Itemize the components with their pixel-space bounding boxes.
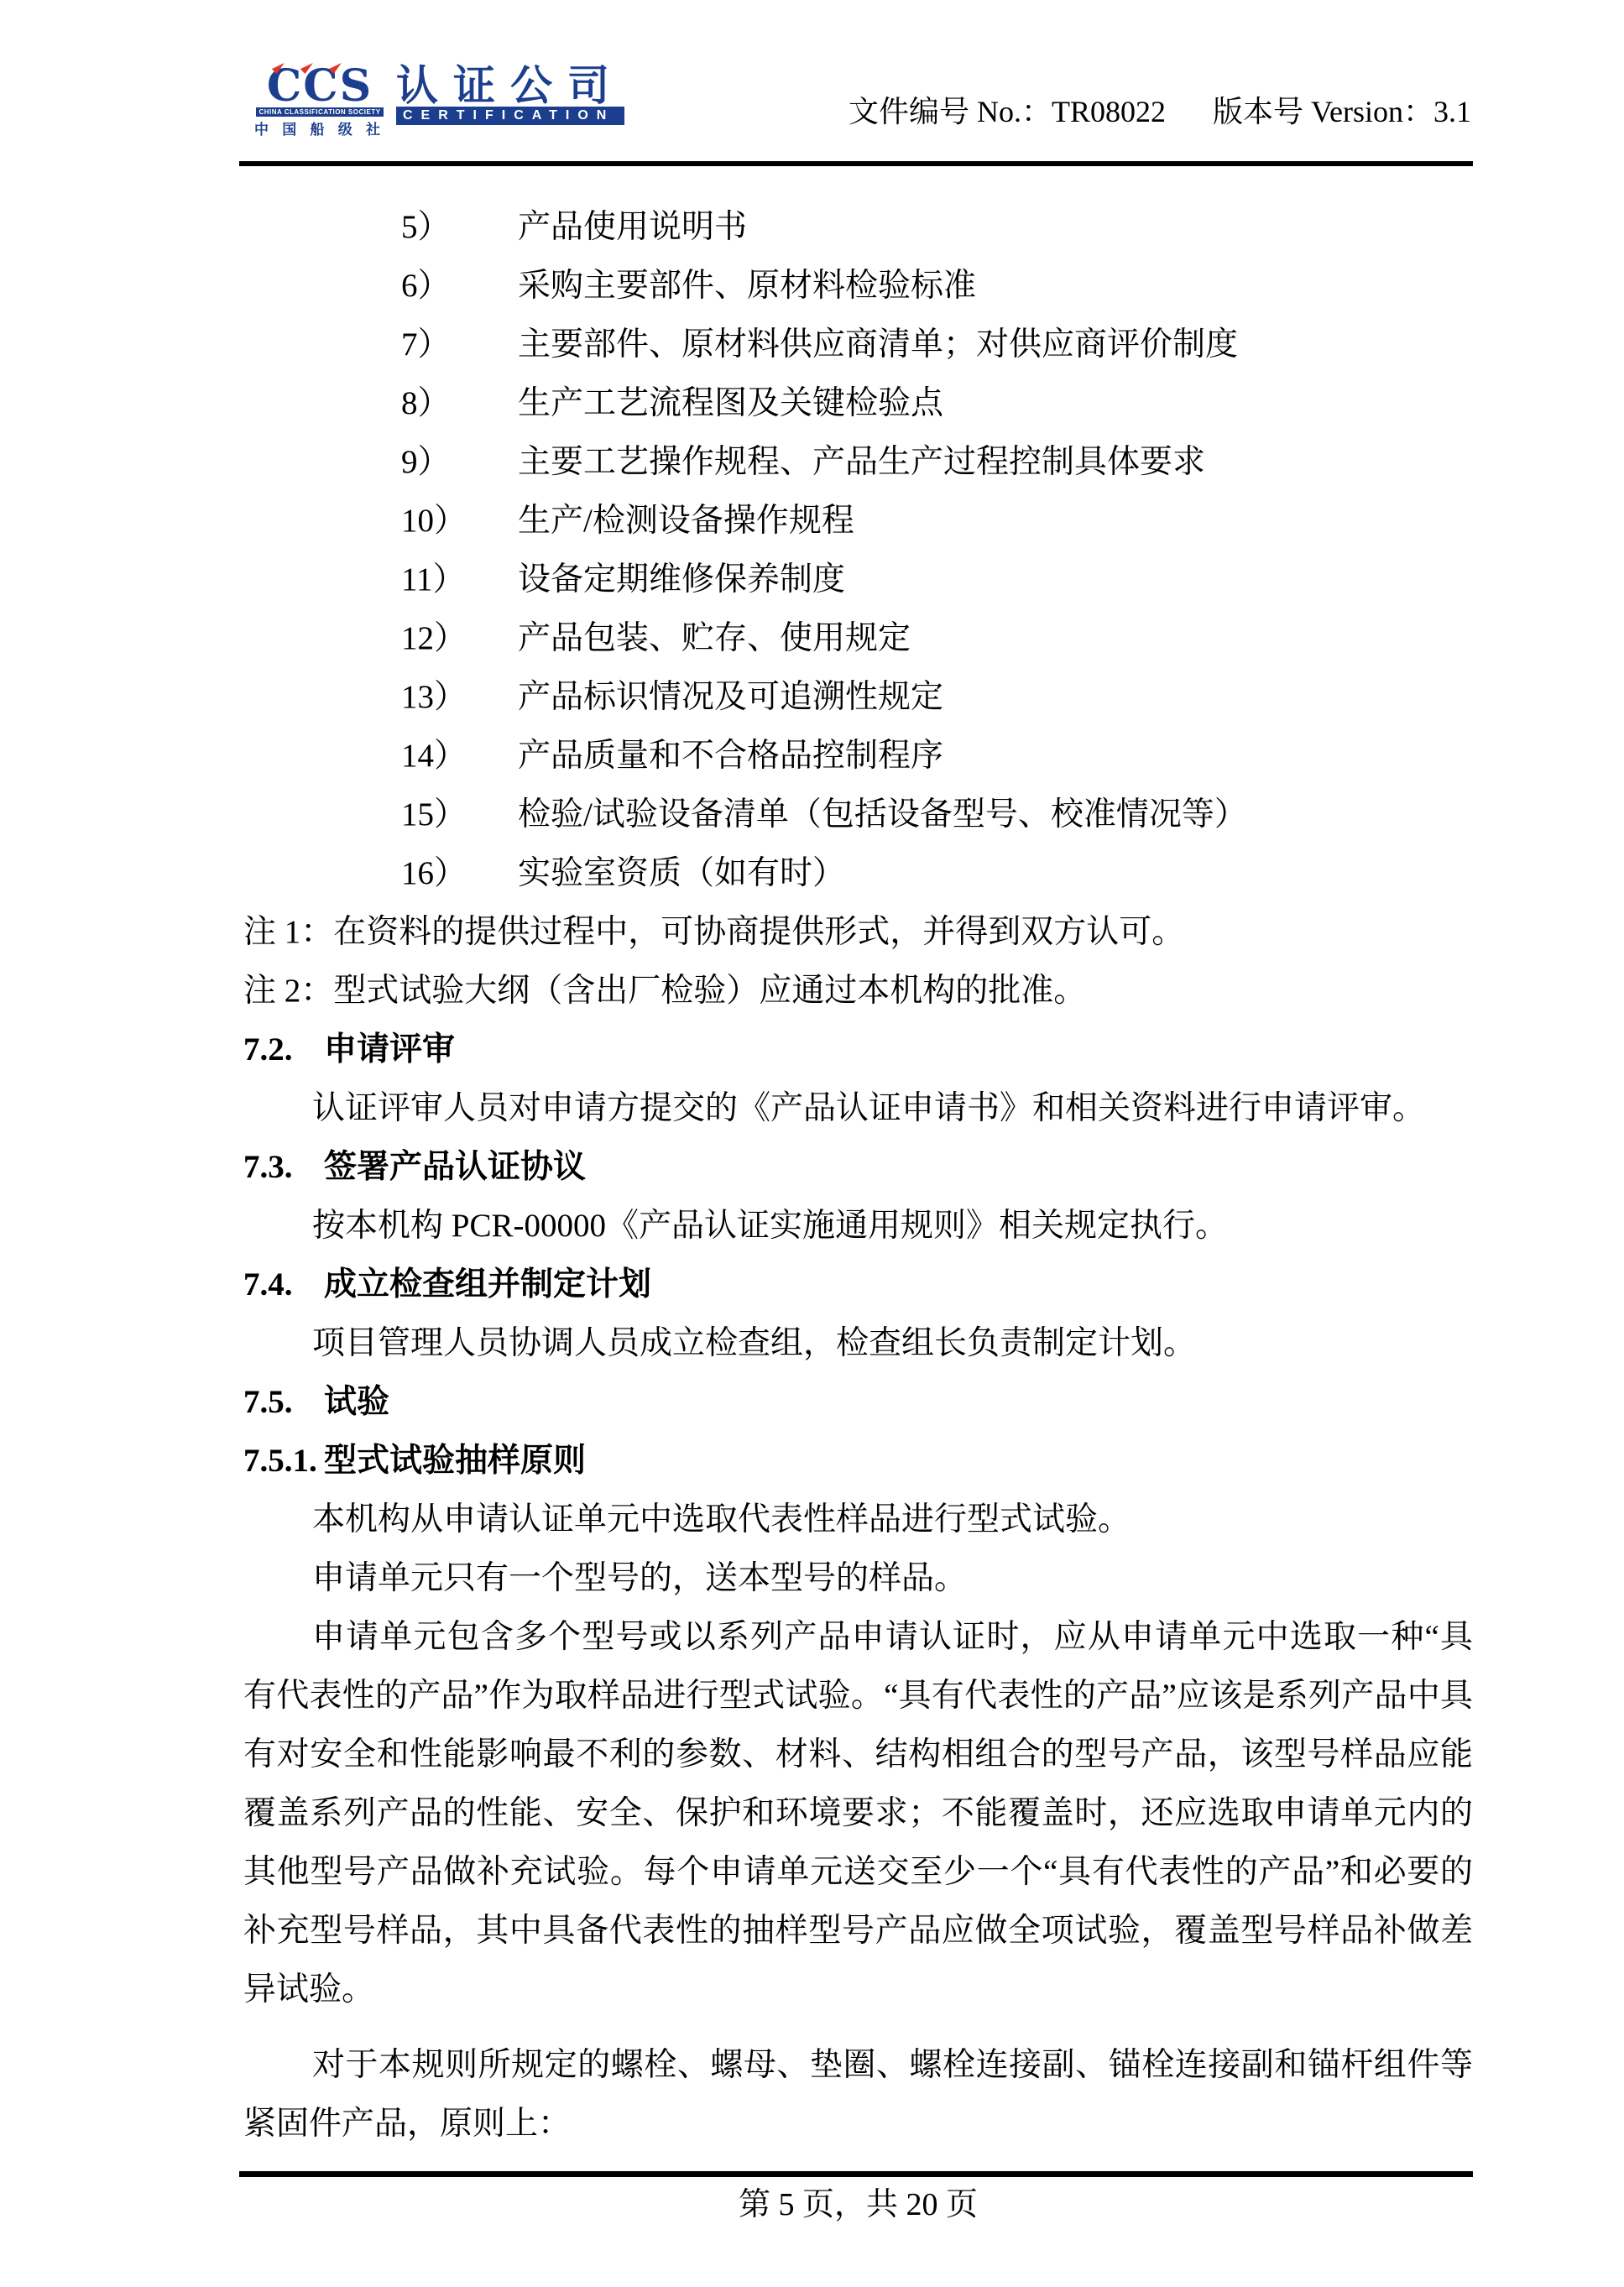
list-item: 8）生产工艺流程图及关键检验点 [243, 374, 1473, 433]
heading-label: 试验 [324, 1373, 389, 1432]
document-body: 5）产品使用说明书6）采购主要部件、原材料检验标准7）主要部件、原材料供应商清单… [243, 198, 1473, 2154]
list-item-number: 5） [401, 198, 518, 257]
list-item-text: 产品包装、贮存、使用规定 [518, 609, 911, 668]
list-item: 9）主要工艺操作规程、产品生产过程控制具体要求 [243, 433, 1473, 492]
section-heading: 7.5.试验 [243, 1373, 1473, 1432]
paragraph-line: 紧固件产品，原则上： [243, 2095, 1473, 2154]
list-item: 15）检验/试验设备清单（包括设备型号、校准情况等） [243, 786, 1473, 844]
heading-number: 7.2. [243, 1021, 324, 1079]
heading-number: 7.4. [243, 1256, 324, 1314]
ccs-letters: CCS [267, 60, 373, 112]
paragraph: 本机构从申请认证单元中选取代表性样品进行型式试验。 [243, 1491, 1473, 1549]
paragraph-line: 按本机构 PCR-00000《产品认证实施通用规则》相关规定执行。 [243, 1197, 1473, 1256]
list-item: 6）采购主要部件、原材料检验标准 [243, 257, 1473, 316]
ccs-logo-text: CCS [267, 67, 373, 106]
list-item: 10）生产/检测设备操作规程 [243, 492, 1473, 551]
heading-number: 7.5.1. [243, 1432, 324, 1491]
list-item-number: 12） [401, 609, 518, 668]
list-item: 12）产品包装、贮存、使用规定 [243, 609, 1473, 668]
note: 注 1：在资料的提供过程中，可协商提供形式，并得到双方认可。 [243, 903, 1473, 962]
list-item: 7）主要部件、原材料供应商清单；对供应商评价制度 [243, 316, 1473, 374]
paragraph: 申请单元包含多个型号或以系列产品申请认证时，应从申请单元中选取一种“具有代表性的… [243, 1608, 1473, 2019]
paragraph-line: 认证评审人员对申请方提交的《产品认证申请书》和相关资料进行申请评审。 [243, 1079, 1473, 1138]
paragraph: 项目管理人员协调人员成立检查组，检查组长负责制定计划。 [243, 1314, 1473, 1373]
paragraph: 申请单元只有一个型号的，送本型号的样品。 [243, 1549, 1473, 1608]
ccs-logo-right: 认证公司 CERTIFICATION [396, 67, 624, 125]
heading-label: 成立检查组并制定计划 [324, 1256, 651, 1314]
list-item-text: 产品质量和不合格品控制程序 [518, 727, 943, 786]
page-number: 第 5 页，共 20 页 [243, 2180, 1473, 2229]
paragraph-line: 补充型号样品，其中具备代表性的抽样型号产品应做全项试验，覆盖型号样品补做差 [243, 1902, 1473, 1961]
list-item-text: 实验室资质（如有时） [518, 844, 845, 903]
list-item-text: 生产/检测设备操作规程 [518, 492, 854, 551]
list-item-number: 15） [401, 786, 518, 844]
logo-company-en: CERTIFICATION [396, 107, 624, 125]
section-heading: 7.4.成立检查组并制定计划 [243, 1256, 1473, 1314]
paragraph: 对于本规则所规定的螺栓、螺母、垫圈、螺栓连接副、锚栓连接副和锚杆组件等紧固件产品… [243, 2036, 1473, 2154]
note: 注 2：型式试验大纲（含出厂检验）应通过本机构的批准。 [243, 962, 1473, 1021]
doc-number: 文件编号 No.：TR08022 [849, 95, 1166, 128]
list-item-number: 6） [401, 257, 518, 316]
paragraph-line: 覆盖系列产品的性能、安全、保护和环境要求；不能覆盖时，还应选取申请单元内的 [243, 1784, 1473, 1843]
list-item: 14）产品质量和不合格品控制程序 [243, 727, 1473, 786]
heading-label: 申请评审 [324, 1021, 455, 1079]
section-heading: 7.2.申请评审 [243, 1021, 1473, 1079]
header-rule [239, 161, 1473, 166]
paragraph-line: 本机构从申请认证单元中选取代表性样品进行型式试验。 [243, 1491, 1473, 1549]
paragraph-line: 异试验。 [243, 1961, 1473, 2019]
list-item-text: 检验/试验设备清单（包括设备型号、校准情况等） [518, 786, 1247, 844]
paragraph-line: 申请单元包含多个型号或以系列产品申请认证时，应从申请单元中选取一种“具 [243, 1608, 1473, 1667]
section-heading: 7.5.1.型式试验抽样原则 [243, 1432, 1473, 1491]
document-page: CCS CHINA CLASSIFICATION SOCIETY 中 国 船 级… [0, 0, 1624, 2287]
list-item-number: 9） [401, 433, 518, 492]
paragraph-line: 项目管理人员协调人员成立检查组，检查组长负责制定计划。 [243, 1314, 1473, 1373]
list-item-number: 11） [401, 551, 518, 609]
list-item-number: 7） [401, 316, 518, 374]
heading-number: 7.5. [243, 1373, 324, 1432]
paragraph-line: 申请单元只有一个型号的，送本型号的样品。 [243, 1549, 1473, 1608]
list-item-number: 10） [401, 492, 518, 551]
paragraph-line: 其他型号产品做补充试验。每个申请单元送交至少一个“具有代表性的产品”和必要的 [243, 1843, 1473, 1902]
ccs-logo: CCS CHINA CLASSIFICATION SOCIETY 中 国 船 级… [254, 67, 624, 138]
paragraph: 认证评审人员对申请方提交的《产品认证申请书》和相关资料进行申请评审。 [243, 1079, 1473, 1138]
list-item-number: 8） [401, 374, 518, 433]
section-heading: 7.3.签署产品认证协议 [243, 1138, 1473, 1197]
logo-society-cn: 中 国 船 级 社 [254, 117, 385, 138]
paragraph-line: 有对安全和性能影响最不利的参数、材料、结构相组合的型号产品，该型号样品应能 [243, 1726, 1473, 1784]
ccs-logo-left: CCS CHINA CLASSIFICATION SOCIETY 中 国 船 级… [254, 67, 385, 138]
logo-company-cn: 认证公司 [396, 67, 624, 104]
list-item-text: 采购主要部件、原材料检验标准 [518, 257, 976, 316]
list-item-text: 产品使用说明书 [518, 198, 747, 257]
paragraph: 按本机构 PCR-00000《产品认证实施通用规则》相关规定执行。 [243, 1197, 1473, 1256]
list-item: 5）产品使用说明书 [243, 198, 1473, 257]
list-item-number: 16） [401, 844, 518, 903]
list-item: 13）产品标识情况及可追溯性规定 [243, 668, 1473, 727]
list-item-number: 14） [401, 727, 518, 786]
list-item: 11）设备定期维修保养制度 [243, 551, 1473, 609]
doc-version: 版本号 Version：3.1 [1213, 95, 1471, 128]
heading-label: 型式试验抽样原则 [324, 1432, 586, 1491]
footer-rule [239, 2171, 1473, 2177]
paragraph-line: 有代表性的产品”作为取样品进行型式试验。“具有代表性的产品”应该是系列产品中具 [243, 1667, 1473, 1726]
list-item-text: 主要工艺操作规程、产品生产过程控制具体要求 [518, 433, 1205, 492]
list-item-text: 产品标识情况及可追溯性规定 [518, 668, 943, 727]
list-item-text: 主要部件、原材料供应商清单；对供应商评价制度 [518, 316, 1238, 374]
section-blocks: 注 1：在资料的提供过程中，可协商提供形式，并得到双方认可。注 2：型式试验大纲… [243, 903, 1473, 2154]
list-item-number: 13） [401, 668, 518, 727]
paragraph-line: 对于本规则所规定的螺栓、螺母、垫圈、螺栓连接副、锚栓连接副和锚杆组件等 [243, 2036, 1473, 2095]
heading-label: 签署产品认证协议 [324, 1138, 586, 1197]
list-item: 16）实验室资质（如有时） [243, 844, 1473, 903]
list-item-text: 设备定期维修保养制度 [518, 551, 845, 609]
numbered-list: 5）产品使用说明书6）采购主要部件、原材料检验标准7）主要部件、原材料供应商清单… [243, 198, 1473, 903]
heading-number: 7.3. [243, 1138, 324, 1197]
header-meta: 文件编号 No.：TR08022版本号 Version：3.1 [849, 92, 1471, 131]
list-item-text: 生产工艺流程图及关键检验点 [518, 374, 943, 433]
